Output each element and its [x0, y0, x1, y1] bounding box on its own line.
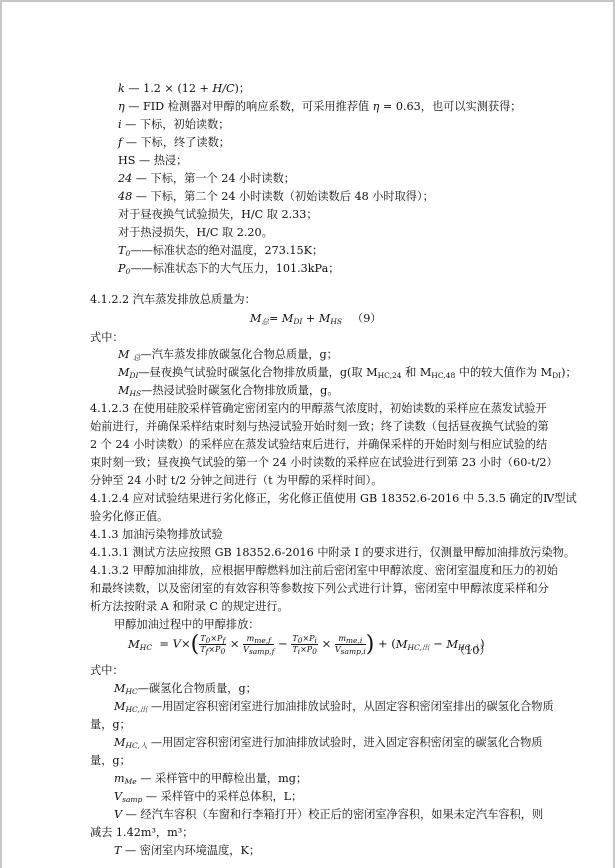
def-p0: P0——标准状态下的大气压力，101.3kPa； [118, 262, 339, 276]
def-t0: T0——标准状态的绝对温度，273.15K； [118, 244, 323, 258]
para-4123-line: 分钟至 24 小时 t/2 分钟之间进行（t 为甲醇的采样时间）。 [90, 474, 382, 488]
heading-4122: 4.1.2.2 汽车蒸发排放总质量为： [90, 293, 256, 307]
def-k: k — 1.2 × (12 + H/C)； [118, 82, 250, 96]
formula-9-number: （9） [352, 312, 382, 326]
def-t: T — 密闭室内环境温度，K； [114, 844, 260, 858]
para-4132-line: 4.1.3.2 甲醇加油排放，应根据甲醇燃料加注前后密闭室中甲醇浓度、密闭室温度… [90, 564, 558, 578]
para-4132-line: 和最终读数，以及密闭室的有效容积等参数按下列公式进行计算，密闭室中甲醇浓度采样和… [90, 582, 549, 596]
def-m-total: M 总—汽车蒸发排放碳氢化合物总质量，g； [118, 348, 338, 362]
def-mhs: MHS—热浸试验时碳氢化合物排放质量，g。 [118, 384, 339, 398]
para-4123-line: 束时刻一致；昼夜换气试验的第一个 24 小时读数的采样应在试验进行到第 23 小… [90, 456, 558, 470]
hc-diurnal: 对于昼夜换气试验损失，H/C 取 2.33； [118, 208, 318, 222]
def-48: 48 — 下标，第二个 24 小时读数（初始读数后 48 小时取得）； [118, 190, 434, 204]
where-label: 式中： [90, 331, 124, 345]
def-mhc: MHC—碳氢化合物质量，g； [114, 682, 257, 696]
def-mhc-out-cont: 量，g； [90, 718, 131, 732]
document-page: k — 1.2 × (12 + H/C)； η — FID 检测器对甲醇的响应系… [2, 2, 613, 868]
heading-413: 4.1.3 加油污染物排放试验 [90, 528, 223, 542]
def-mhc-out: MHC,出 —用固定容积密闭室进行加油排放试验时，从固定容积密闭室排出的碳氢化合… [114, 700, 554, 714]
para-4124-line: 4.1.2.4 应对试验结果进行劣化修正，劣化修正值使用 GB 18352.6-… [90, 492, 577, 506]
def-i: i — 下标，初始读数； [118, 118, 229, 132]
para-4123-line: 2 个 24 小时读数）的采样应在蒸发试验结束后进行，并确保采样的开始时刻与相应… [90, 438, 547, 452]
para-4124-line: 验劣化修正值。 [90, 510, 168, 524]
def-v: V — 经汽车容积（车窗和行李箱打开）校正后的密闭室净容积，如果未定汽车容积，则 [114, 808, 543, 822]
def-mdi: MDI—昼夜换气试验时碳氢化合物排放质量，g(取 MHC,24 和 MHC,48… [118, 366, 577, 380]
formula-10-number: （10） [454, 644, 491, 658]
def-v-cont: 减去 1.42m³，m³； [90, 826, 193, 840]
formula-intro: 甲醇加油过程中的甲醇排放： [114, 618, 259, 632]
para-4123-line: 始前进行，并确保采样结束时刻与热浸试验开始时刻一致；终了读数（包括昼夜换气试验的… [90, 420, 549, 434]
para-4132-line: 析方法按附录 A 和附录 C 的规定进行。 [90, 600, 289, 614]
para-4123-line: 4.1.2.3 在使用硅胶采样管确定密闭室内的甲醇蒸气浓度时，初始读数的采样应在… [90, 402, 547, 416]
formula-9: M总= MDI + MHS [250, 312, 342, 326]
def-eta: η — FID 检测器对甲醇的响应系数，可采用推荐值 η = 0.63，也可以实… [118, 100, 521, 114]
para-4131: 4.1.3.1 测试方法应按照 GB 18352.6-2016 中附录 I 的要… [90, 546, 575, 560]
formula-10: MHC = V×(T0×PfTf×P0 × mme,fVsamp,f − T0×… [128, 632, 485, 657]
def-vsamp: Vsamp — 采样管中的采样总体积，L； [114, 790, 302, 804]
where-label-2: 式中： [90, 664, 124, 678]
def-hs: HS — 热浸； [118, 154, 187, 168]
def-f: f — 下标，终了读数； [118, 136, 230, 150]
hc-hotsoak: 对于热浸损失，H/C 取 2.20。 [118, 226, 273, 240]
def-mme: mMe — 采样管中的甲醇检出量，mg； [114, 772, 307, 786]
def-mhc-in-cont: 量，g； [90, 754, 131, 768]
def-24: 24 — 下标，第一个 24 小时读数； [118, 172, 295, 186]
def-mhc-in: MHC,入 —用固定容积密闭室进行加油排放试验时，进入固定容积密闭室的碳氢化合物… [114, 736, 543, 750]
